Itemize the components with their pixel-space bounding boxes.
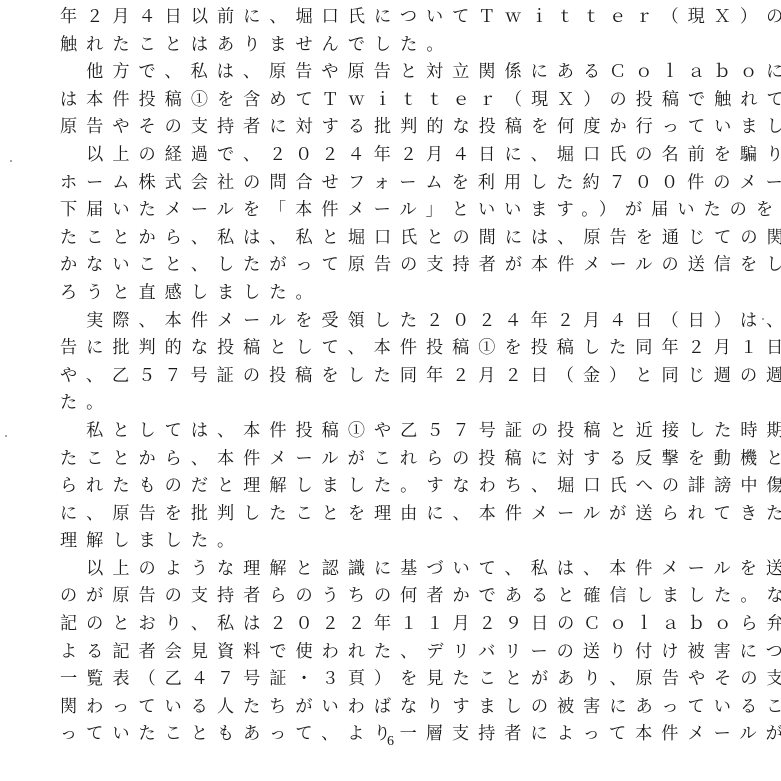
text-line: や、乙５７号証の投稿をした同年２月２日（金）と同じ週の週末でし — [60, 363, 707, 391]
text-line: 記のとおり、私は２０２２年１１月２９日のＣｏｌａｂｏら弁護団に — [60, 611, 707, 639]
text-line: 一覧表（乙４７号証・３頁）を見たことがあり、原告やその支持者と — [60, 666, 707, 694]
text-line: 私としては、本件投稿①や乙５７号証の投稿と近接した時期に届い — [60, 418, 707, 446]
text-line: よる記者会見資料で使われた、デリバリーの送り付け被害についての — [60, 639, 707, 667]
text-line: 以上のような理解と認識に基づいて、私は、本件メールを送信した — [60, 556, 707, 584]
text-line: 触れたことはありませんでした。 — [60, 32, 707, 60]
text-line: かないこと、したがって原告の支持者が本件メールの送信をしたのだ — [60, 252, 707, 280]
text-line: 告に批判的な投稿として、本件投稿①を投稿した同年２月１日（木） — [60, 335, 707, 363]
text-line: 他方で、私は、原告や原告と対立関係にあるＣｏｌａｂｏについて — [60, 59, 707, 87]
text-line: た。 — [60, 390, 707, 418]
text-line: 下届いたメールを「本件メール」といいます。）が届いたのを認識し — [60, 197, 707, 225]
scan-speck — [10, 160, 12, 162]
text-line: たことから、本件メールがこれらの投稿に対する反撃を動機として送 — [60, 446, 707, 474]
text-line: は本件投稿①を含めてＴｗｉｔｔｅｒ（現Ｘ）の投稿で触れており、 — [60, 87, 707, 115]
scan-speck — [762, 318, 764, 320]
text-line: たことから、私は、私と堀口氏との間には、原告を通じての関係性し — [60, 225, 707, 253]
body-text: 年２月４日以前に、堀口氏についてＴｗｉｔｔｅｒ（現Ｘ）の投稿で 触れたことはあり… — [60, 4, 720, 749]
text-line: 以上の経過で、２０２４年２月４日に、堀口氏の名前を騙り、タマ — [60, 142, 707, 170]
document-page: 年２月４日以前に、堀口氏についてＴｗｉｔｔｅｒ（現Ｘ）の投稿で 触れたことはあり… — [0, 0, 781, 781]
page-number: 6 — [0, 734, 781, 750]
scan-speck — [5, 435, 7, 437]
text-line: 原告やその支持者に対する批判的な投稿を何度か行っていました。 — [60, 114, 707, 142]
text-line: 理解しました。 — [60, 528, 707, 556]
text-line: ホーム株式会社の問合せフォームを利用した約７００件のメール（以 — [60, 170, 707, 198]
text-line: ろうと直感しました。 — [60, 280, 707, 308]
text-line: 年２月４日以前に、堀口氏についてＴｗｉｔｔｅｒ（現Ｘ）の投稿で — [60, 4, 707, 32]
text-line: 関わっている人たちがいわばなりすましの被害にあっていることを知 — [60, 694, 707, 722]
text-line: のが原告の支持者らのうちの何者かであると確信しました。なお、前 — [60, 583, 707, 611]
text-line: に、原告を批判したことを理由に、本件メールが送られてきたものと — [60, 501, 707, 529]
text-line: られたものだと理解しました。すなわち、堀口氏への誹謗中傷と同様 — [60, 473, 707, 501]
text-line: 実際、本件メールを受領した２０２４年２月４日（日）は、私が原 — [60, 308, 707, 336]
